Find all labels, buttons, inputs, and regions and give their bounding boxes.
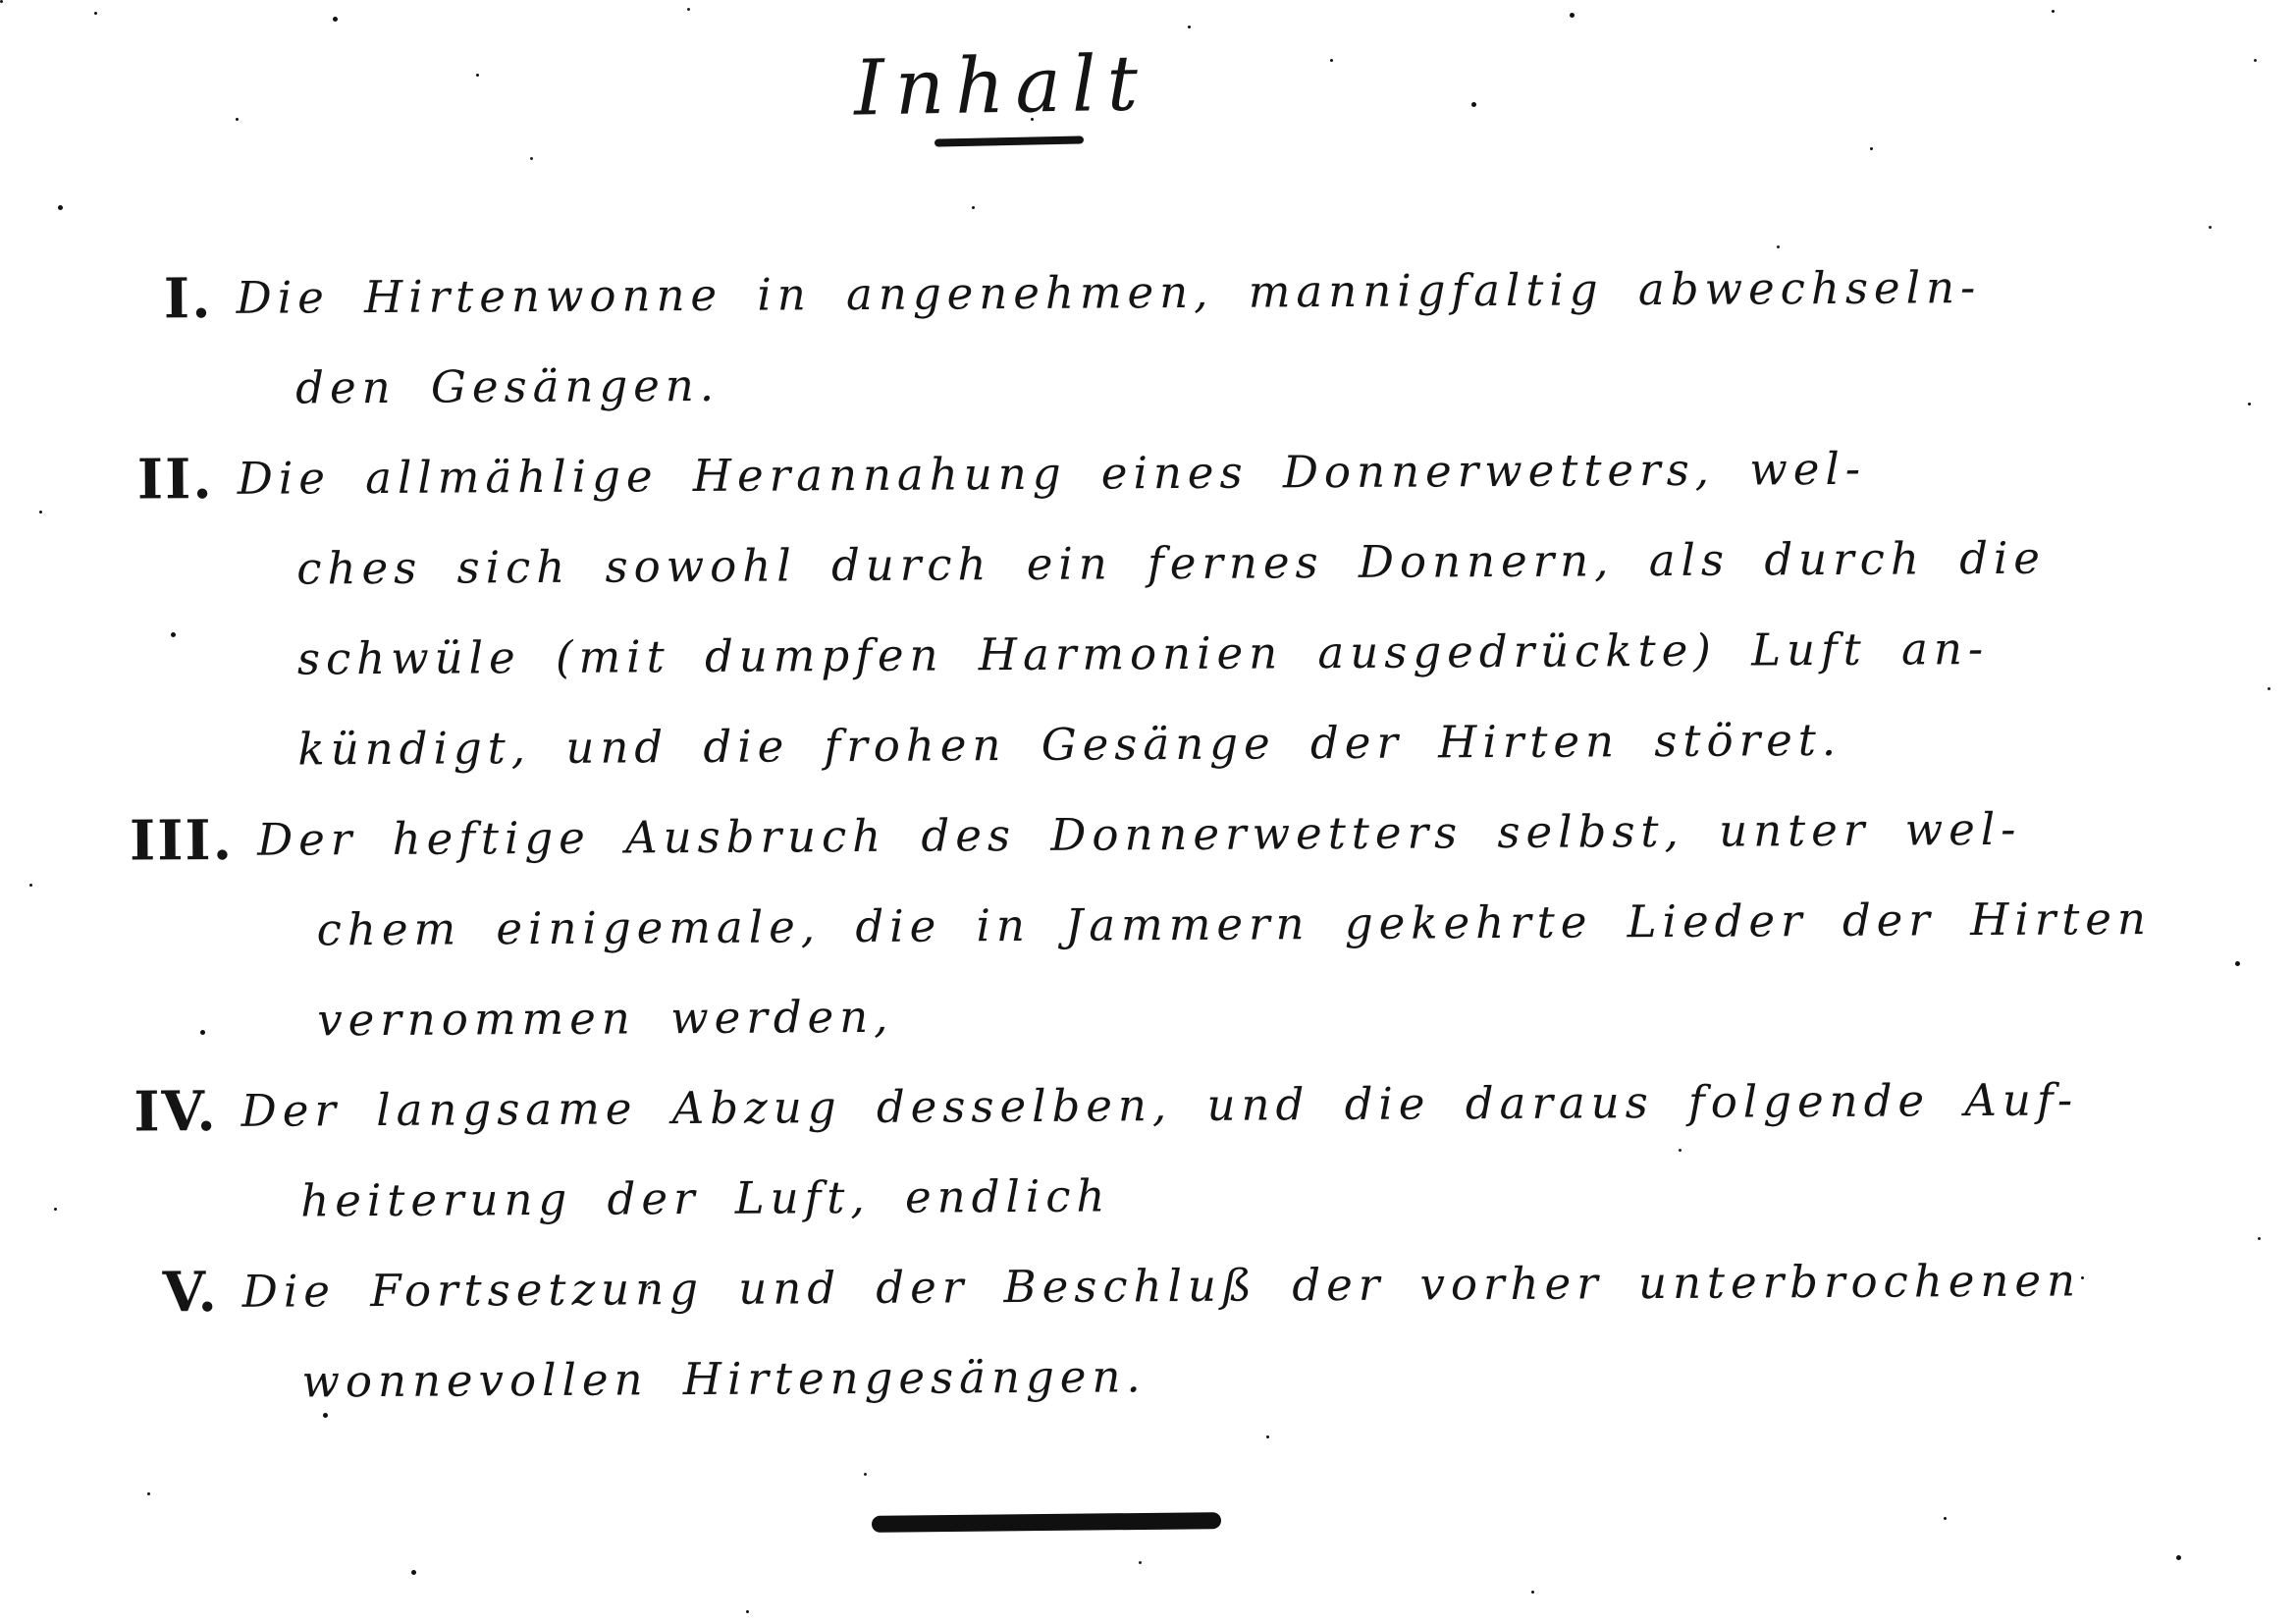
item-text: Der heftige Ausbruch des Donnerwetters s… <box>257 783 2239 1065</box>
item-numeral: III. <box>130 795 258 887</box>
item-text: Die Hirtenwonne in angenehmen, mannigfal… <box>236 241 2234 433</box>
contents-item: II. Die allmählige Herannahung eines Don… <box>127 421 2236 795</box>
item-line: Der langsame Abzug desselben, und die da… <box>240 1054 2239 1156</box>
contents-item: III. Der heftige Ausbruch des Donnerwett… <box>130 783 2239 1066</box>
bottom-ink-rule <box>872 1512 1221 1533</box>
page-title: Inhalt <box>853 36 1149 135</box>
item-numeral: II. <box>127 434 238 525</box>
item-line: Die Hirtenwonne in angenehmen, mannigfal… <box>236 241 2234 343</box>
item-line: Die allmählige Herannahung eines Donnerw… <box>237 421 2235 523</box>
item-numeral: V. <box>133 1247 243 1338</box>
item-numeral: IV. <box>131 1066 241 1158</box>
item-line: kündigt, und die frohen Gesänge der Hirt… <box>239 692 2237 794</box>
contents-list: I. Die Hirtenwonne in angenehmen, mannig… <box>126 241 2240 1428</box>
item-text: Die allmählige Herannahung eines Donnerw… <box>237 421 2236 794</box>
item-line: den Gesängen. <box>237 331 2235 433</box>
item-line: Die Fortsetzung und der Beschluß der vor… <box>242 1234 2241 1336</box>
manuscript-page: Inhalt I. Die Hirtenwonne in angenehmen,… <box>0 0 2296 1623</box>
item-line: vernommen werden, <box>258 963 2238 1065</box>
title-underline <box>934 135 1084 146</box>
contents-item: I. Die Hirtenwonne in angenehmen, mannig… <box>126 241 2234 434</box>
item-line: Der heftige Ausbruch des Donnerwetters s… <box>257 783 2237 885</box>
item-line: ches sich sowohl durch ein fernes Donner… <box>238 512 2236 614</box>
item-text: Die Fortsetzung und der Beschluß der vor… <box>242 1234 2241 1427</box>
item-numeral: I. <box>126 253 237 345</box>
item-line: heiterung der Luft, endlich <box>241 1144 2240 1246</box>
item-text: Der langsame Abzug desselben, und die da… <box>240 1054 2239 1246</box>
item-line: schwüle (mit dumpfen Harmonien ausgedrüc… <box>239 602 2237 704</box>
title-block: Inhalt <box>0 39 2296 145</box>
scan-noise-specks <box>0 0 3 3</box>
item-line: chem einigemale, die in Jammern gekehrte… <box>257 873 2237 975</box>
contents-item: V. Die Fortsetzung und der Beschluß der … <box>133 1234 2241 1428</box>
item-line: wonnevollen Hirtengesängen. <box>242 1325 2241 1427</box>
contents-item: IV. Der langsame Abzug desselben, und di… <box>131 1054 2239 1247</box>
